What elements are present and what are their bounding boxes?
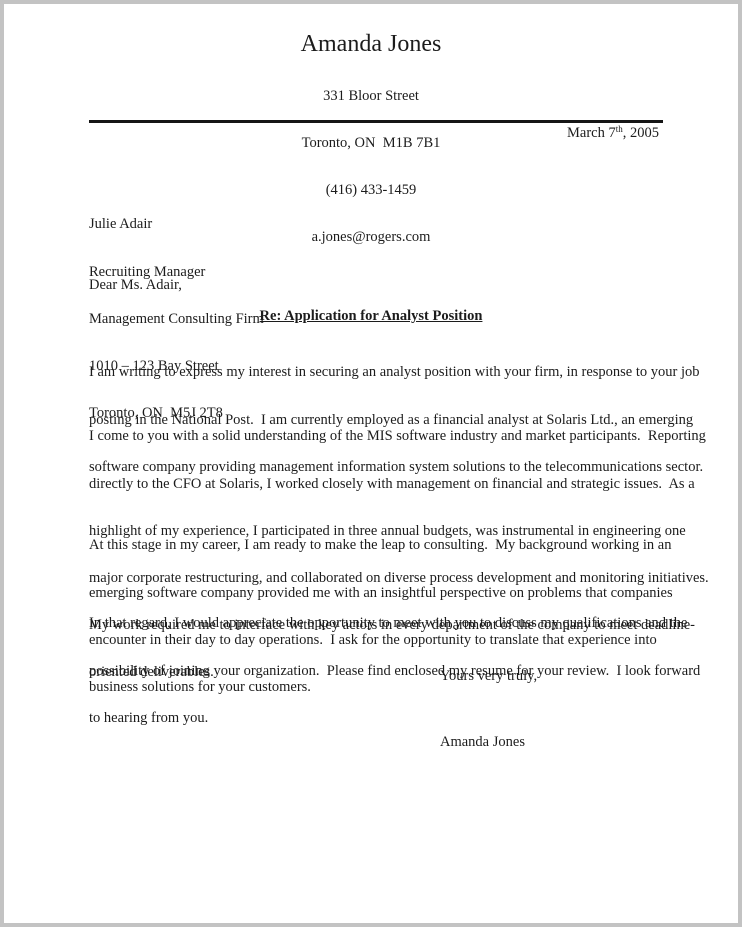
valediction: Yours very truly, bbox=[440, 669, 537, 685]
body-paragraph-4: In that regard, I would appreciate the o… bbox=[89, 585, 700, 758]
letterhead-divider-rule bbox=[89, 120, 663, 123]
cover-letter-page: Amanda Jones 331 Bloor Street Toronto, O… bbox=[0, 0, 742, 927]
paragraph-line: At this stage in my career, I am ready t… bbox=[89, 538, 673, 554]
signature-name: Amanda Jones bbox=[440, 735, 525, 751]
paragraph-line: I come to you with a solid understanding… bbox=[89, 429, 709, 445]
date-prefix: March 7 bbox=[567, 125, 616, 141]
paragraph-line: to hearing from you. bbox=[89, 711, 700, 727]
date-line: March 7th, 2005 bbox=[567, 125, 659, 142]
paragraph-line: In that regard, I would appreciate the o… bbox=[89, 616, 700, 632]
paragraph-line: possibility of joining your organization… bbox=[89, 664, 700, 680]
recipient-name: Julie Adair bbox=[89, 217, 264, 233]
paragraph-line: I am writing to express my interest in s… bbox=[89, 365, 703, 381]
salutation: Dear Ms. Adair, bbox=[89, 278, 182, 294]
date-ordinal-superscript: th bbox=[616, 124, 623, 134]
sender-address-line-street: 331 Bloor Street bbox=[4, 89, 738, 105]
sender-name: Amanda Jones bbox=[4, 30, 738, 58]
date-suffix: , 2005 bbox=[623, 125, 659, 141]
subject-line: Re: Application for Analyst Position bbox=[4, 308, 738, 325]
paragraph-line: directly to the CFO at Solaris, I worked… bbox=[89, 477, 709, 493]
